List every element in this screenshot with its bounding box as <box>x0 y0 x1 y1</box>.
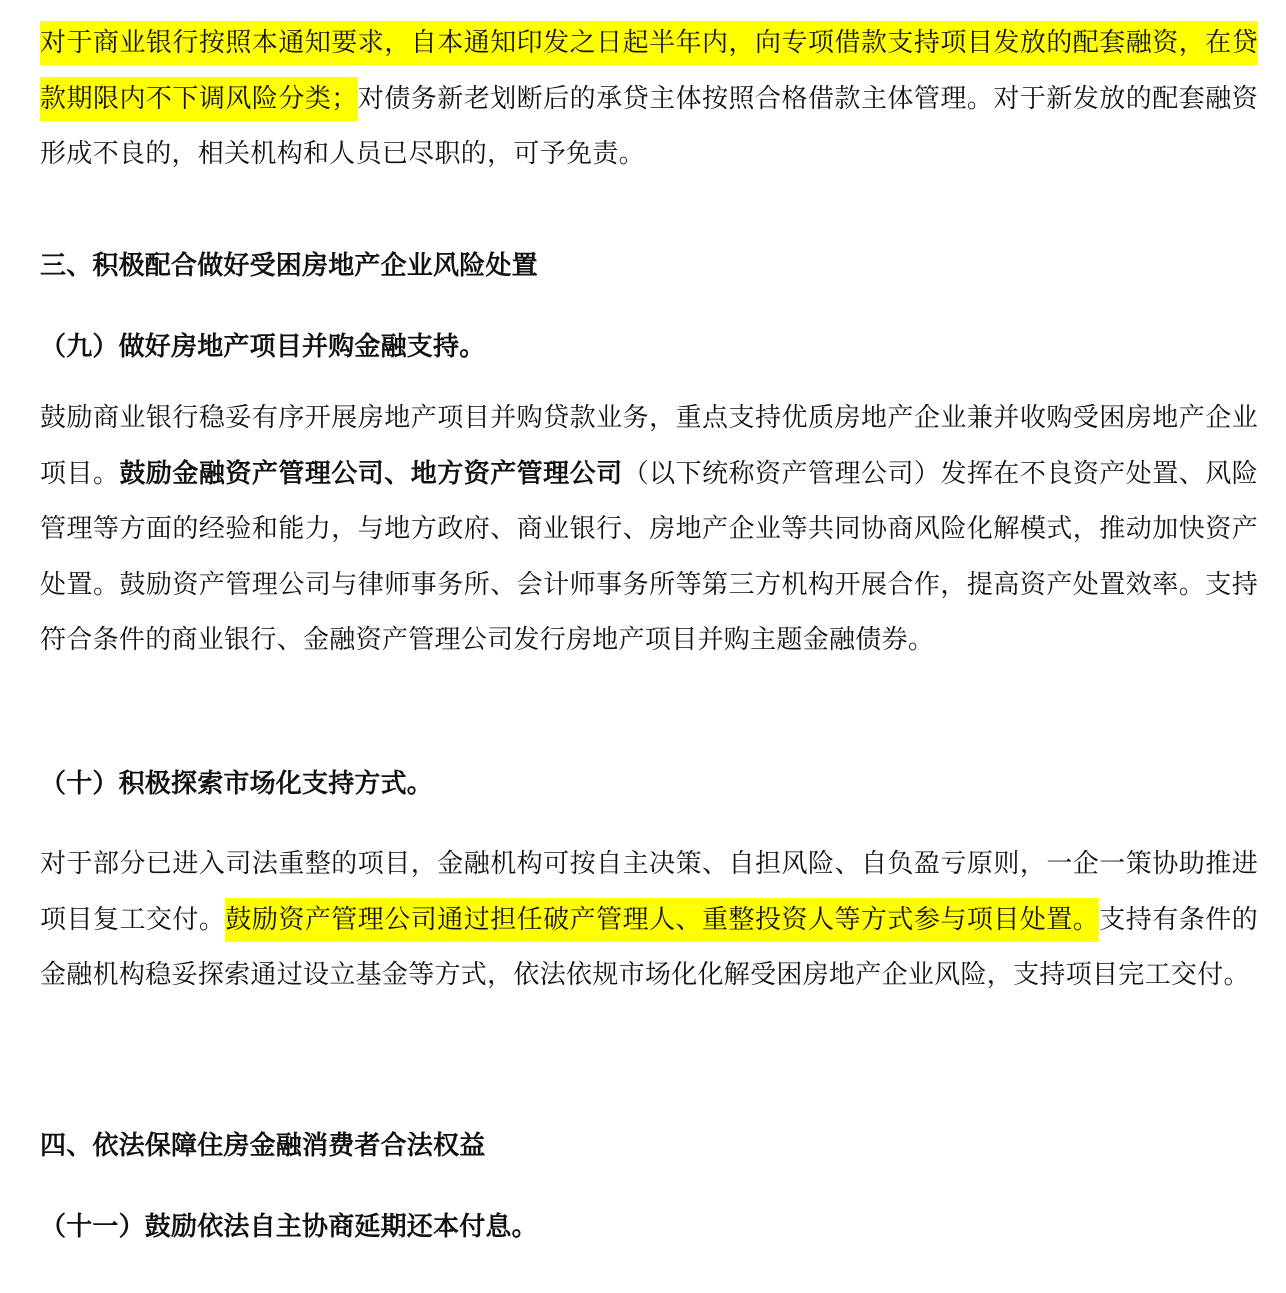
section-3-heading: 三、积极配合做好受困房地产企业风险处置 <box>40 246 538 286</box>
document-body: 对于商业银行按照本通知要求，自本通知印发之日起半年内，向专项借款支持项目发放的配… <box>40 16 1258 183</box>
item-10-heading: （十）积极探索市场化支持方式。 <box>40 764 433 804</box>
section-4-heading: 四、依法保障住房金融消费者合法权益 <box>40 1126 485 1166</box>
item-9-heading: （九）做好房地产项目并购金融支持。 <box>40 327 485 367</box>
item-10-paragraph: 对于部分已进入司法重整的项目，金融机构可按自主决策、自担风险、自负盈亏原则，一企… <box>40 837 1258 1004</box>
highlighted-text: 鼓励资产管理公司通过担任破产管理人、重整投资人等方式参与项目处置。 <box>225 898 1099 942</box>
item-11-heading: （十一）鼓励依法自主协商延期还本付息。 <box>40 1207 538 1247</box>
item-9-paragraph: 鼓励商业银行稳妥有序开展房地产项目并购贷款业务，重点支持优质房地产企业兼并收购受… <box>40 391 1258 669</box>
bold-text: 鼓励金融资产管理公司、地方资产管理公司 <box>119 459 622 489</box>
intro-paragraph: 对于商业银行按照本通知要求，自本通知印发之日起半年内，向专项借款支持项目发放的配… <box>40 16 1258 183</box>
